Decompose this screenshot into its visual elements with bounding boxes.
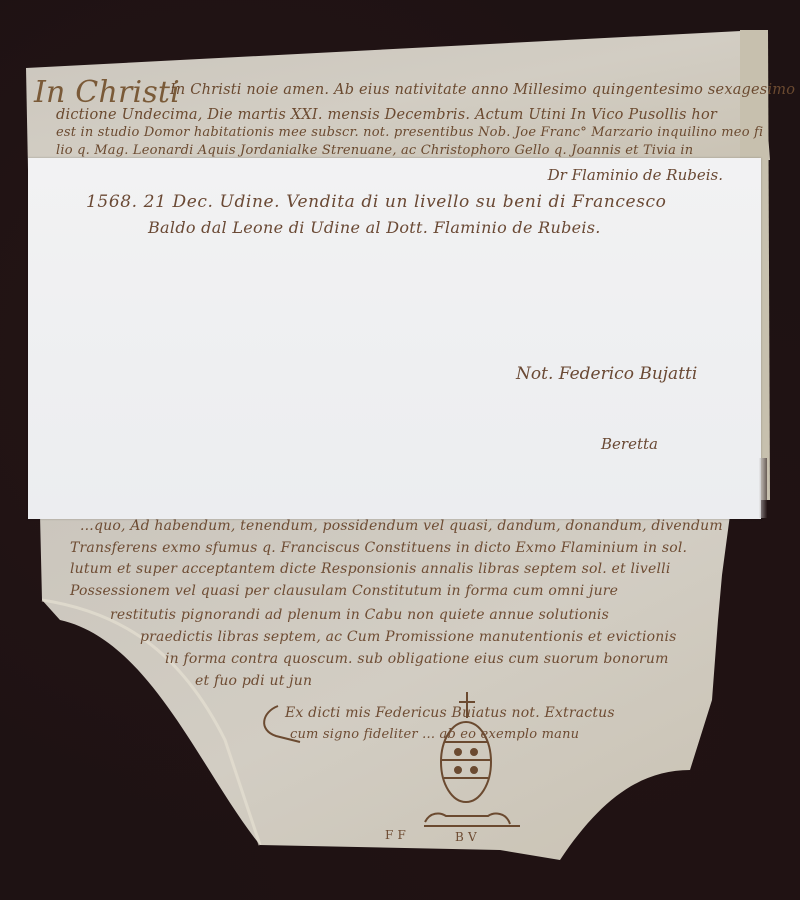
manuscript-line: et fuo pdi ut jun bbox=[195, 673, 312, 689]
archival-label: Dr Flaminio de Rubeis. 1568. 21 Dec. Udi… bbox=[28, 158, 761, 519]
manuscript-line: lio q. Mag. Leonardi Aquis Jordanialke S… bbox=[56, 143, 693, 158]
label-header: Dr Flaminio de Rubeis. bbox=[548, 166, 723, 184]
label-description-line2: Baldo dal Leone di Udine al Dott. Flamin… bbox=[148, 218, 601, 237]
label-description-line1: 1568. 21 Dec. Udine. Vendita di un livel… bbox=[86, 192, 666, 212]
illuminated-opening: In Christi bbox=[34, 75, 180, 110]
manuscript-line: in forma contra quoscum. sub obligatione… bbox=[165, 651, 669, 667]
manuscript-line: ...quo, Ad habendum, tenendum, possidend… bbox=[80, 518, 723, 534]
seal-initials-left: F F bbox=[385, 828, 406, 842]
label-signature-beretta: Beretta bbox=[601, 435, 658, 453]
manuscript-line: dictione Undecima, Die martis XXI. mensi… bbox=[56, 107, 717, 123]
manuscript-line: Possessionem vel quasi per clausulam Con… bbox=[70, 583, 618, 599]
seal-initials-right: B V bbox=[455, 830, 477, 844]
manuscript-line: praedictis libras septem, ac Cum Promiss… bbox=[140, 629, 677, 645]
manuscript-line: restitutis pignorandi ad plenum in Cabu … bbox=[110, 607, 609, 623]
manuscript-line: Transferens exmo sfumus q. Franciscus Co… bbox=[70, 540, 687, 556]
label-torn-edge bbox=[759, 458, 767, 518]
notary-subscription-line: cum signo fideliter ... ab eo exemplo ma… bbox=[290, 727, 579, 742]
label-signature-notary: Not. Federico Bujatti bbox=[516, 364, 697, 384]
notary-subscription-line: Ex dicti mis Federicus Buiatus not. Extr… bbox=[285, 705, 615, 721]
manuscript-line: est in studio Domor habitationis mee sub… bbox=[56, 125, 763, 140]
manuscript-line: lutum et super acceptantem dicte Respons… bbox=[70, 561, 671, 577]
manuscript-line: In Christi noie amen. Ab eius nativitate… bbox=[170, 82, 800, 98]
